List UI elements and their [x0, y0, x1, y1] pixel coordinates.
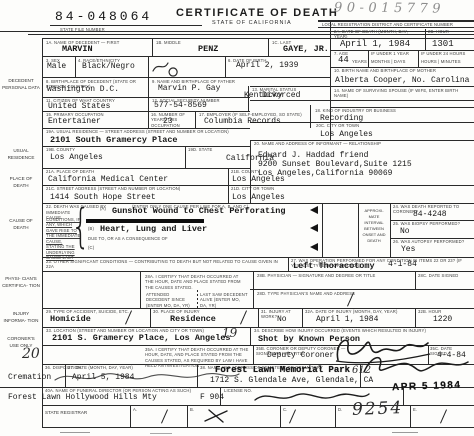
grid-line [140, 271, 141, 308]
grid-line [152, 38, 153, 56]
injury-how-label: 34. DESCRIBE HOW INJURY OCCURRED (EVENTS… [254, 328, 454, 333]
cause-c-tag: (C) [88, 245, 98, 250]
scan-artifact [392, 432, 418, 433]
death-county-value: Los Angeles [232, 176, 285, 184]
pen-x-mark [202, 408, 230, 424]
funeral-director-value: Forest Lawn Hollywood Hills Mty [8, 394, 157, 402]
grid-line [228, 168, 229, 203]
cause-b-tag: (B) [88, 226, 98, 231]
injury-location-value: 2101 S. Gramercy Place, Los Angeles [52, 334, 231, 343]
section-decedent-personal-data: DECEDENT PERSONAL DATA [2, 78, 40, 92]
other-conditions-label: 23. OTHER SIGNIFICANT CONDITIONS — CONTR… [46, 259, 281, 270]
section-place-of-death: PLACE OF DEATH [4, 176, 38, 190]
cause-due-to-label: DUE TO, OR AS A CONSEQUENCE OF [88, 236, 208, 241]
residence-street-value: 2101 South Gramercy Place [50, 136, 178, 145]
registrar-box-b-label: B. [190, 407, 200, 412]
name-middle-value: PENZ [198, 45, 218, 54]
certificate-title: CERTIFICATE OF DEATH [176, 7, 338, 19]
age-under-1-year-sub: MONTHS | DAYS [371, 59, 415, 64]
informant-line2: 9200 Sunset Boulevard,Suite 1215 [258, 161, 412, 169]
death-street-label: 21C. STREET ADDRESS (STREET AND NUMBER O… [46, 186, 216, 191]
physician-name-label: 28D. TYPE PHYSICIAN'S NAME AND ADDRESS [257, 291, 437, 296]
injury-hour-value: 1220 [433, 316, 452, 324]
name-first-value: MARVIN [62, 45, 93, 54]
spouse-label: 14. NAME OF SURVIVING SPOUSE (IF WIFE, E… [334, 88, 466, 99]
informant-label: 20. NAME AND ADDRESS OF INFORMANT — RELA… [254, 141, 454, 146]
autopsy-label: 26. WAS AUTOPSY PERFORMED? [393, 239, 471, 244]
handwritten-mark [150, 58, 184, 76]
operation-date-value: 4-1-84 [388, 261, 417, 269]
mother-value: Alberta Cooper, No. Carolina [335, 77, 469, 85]
grid-line [250, 289, 474, 290]
grid-line [187, 405, 188, 427]
scan-artifact [150, 433, 172, 434]
residence-street-label: 19A. USUAL RESIDENCE — STREET ADDRESS (S… [46, 129, 236, 134]
race-value: Black/Negro [82, 63, 135, 71]
industry-value: Recording [320, 115, 363, 123]
coroner-reported-value: 84-4248 [413, 211, 447, 219]
death-city-value: Los Angeles [232, 194, 285, 202]
handwritten-registration-number: 90-015779 [334, 0, 445, 16]
grid-line [250, 100, 474, 101]
grid-line [410, 405, 411, 427]
name-last-value: GAYE, JR. [283, 45, 329, 54]
grid-line [148, 56, 149, 128]
grid-line [258, 308, 259, 327]
grid-line [280, 405, 281, 427]
grid-line [42, 56, 330, 57]
marital-value: Divorced [262, 92, 300, 100]
grid-line [197, 290, 198, 308]
physician-date-label: 28C. DATE SIGNED [418, 273, 468, 278]
accident-type-value: Homicide [50, 315, 91, 324]
mother-label: 10. BIRTH NAME AND BIRTHPLACE OF MOTHER [334, 68, 464, 73]
grid-line [425, 29, 426, 50]
grid-line [318, 27, 474, 28]
handwritten-19: 19 [222, 326, 237, 340]
grid-line [418, 50, 419, 67]
death-city-label: 21D. CITY OR TOWN [231, 186, 291, 191]
registrar-box-d-label: D. [338, 407, 348, 412]
birthplace-value: Washington D.C. [47, 86, 119, 94]
age-under-24-hours-sub: HOURS | MINUTES [421, 59, 469, 64]
state-registrar-label: STATE REGISTRAR [45, 410, 125, 417]
cause-arrow-a [310, 206, 318, 214]
ssn-value: 577-54-8569 [154, 102, 207, 110]
death-hour-label: 2B. HOUR [428, 29, 468, 34]
death-street-value: 1414 South Hope Street [50, 194, 156, 202]
death-date-value: April 1, 1984 [340, 40, 410, 49]
grid-line [302, 308, 303, 327]
employer-value: Columbia Records [204, 118, 281, 126]
grid-line [42, 427, 474, 428]
grid-line [335, 405, 336, 427]
physician-certify-label: 28A. I CERTIFY THAT DEATH OCCURRED AT TH… [145, 274, 247, 290]
file-number-underline [50, 25, 202, 26]
grid-line [42, 77, 330, 78]
grid-line [250, 327, 251, 345]
grid-line [268, 38, 269, 56]
scan-artifact [60, 432, 90, 433]
residence-county-value: Los Angeles [50, 154, 103, 162]
cause-arrow-c [310, 243, 318, 251]
grid-line [195, 111, 196, 128]
biopsy-value: No [400, 228, 410, 236]
grid-line [415, 271, 416, 289]
disposition-value: Cremation [8, 374, 51, 382]
grid-line [185, 146, 186, 168]
name-first-label: 1A. NAME OF DECEDENT — FIRST [46, 40, 146, 45]
physician-attended-label: ATTENDED DECEDENT SINCE (ENTER MO, DA, Y… [146, 292, 194, 308]
industry-label: 18. KIND OF INDUSTRY OR BUSINESS [315, 108, 425, 113]
grid-line [150, 308, 151, 327]
handwritten-scrawl [52, 368, 242, 386]
grid-line [253, 345, 254, 364]
grid-line [225, 56, 226, 77]
death-county-label: 21B. COUNTY [231, 169, 291, 174]
age-under-1-year-label: IF UNDER 1 YEAR [371, 51, 415, 56]
biopsy-label: 25. WAS BIOPSY PERFORMED? [393, 221, 471, 226]
grid-line [253, 271, 254, 308]
section-injury-information: INJURY INFORMA- TION [2, 311, 40, 325]
informant-line1: Edward J. Haddad friend [258, 152, 368, 160]
occupation-value: Entertainer [48, 118, 101, 126]
years-occupation-value: 23 [163, 118, 173, 126]
section-cause-of-death: CAUSE OF DEATH [4, 218, 38, 232]
birth-date-value: April 2, 1939 [236, 62, 298, 70]
certificate-subtitle: STATE OF CALIFORNIA [212, 20, 292, 26]
date-received-stamp: APR 5 1984 [392, 380, 462, 393]
residence-county-label: 19B. COUNTY [46, 147, 106, 152]
state-file-number: 84-048064 [55, 9, 152, 24]
age-under-24-hours-label: IF UNDER 24 HOURS [421, 51, 469, 56]
injury-date-label: 32A. DATE OF INJURY (MONTH, DAY, YEAR) [305, 309, 410, 314]
funeral-license-value: F 904 [200, 394, 224, 402]
section-usual-residence: USUAL RESIDENCE [2, 148, 40, 162]
sex-value: Male [47, 63, 66, 71]
operation-value: Left Thoracotomy [293, 262, 375, 271]
place-of-death-label: 21A. PLACE OF DEATH [46, 169, 156, 174]
father-name-value: Marvin P. Gay [158, 85, 220, 93]
death-certificate-scan: 84-048064 STATE FILE NUMBER CERTIFICATE … [0, 0, 474, 436]
pen-slash-mark [440, 409, 447, 423]
grid-line [390, 203, 391, 257]
grid-line [358, 203, 359, 257]
autopsy-value: Yes [401, 246, 415, 254]
residence-city-value: Los Angeles [320, 131, 373, 139]
injury-date-value: April 1, 1984 [316, 316, 378, 324]
grid-line [75, 56, 76, 77]
grid-line [288, 257, 289, 271]
grid-line [310, 105, 311, 128]
injury-hour-label: 32B. HOUR [418, 309, 458, 314]
physician-last-saw-label: LAST SAW DECEDENT ALIVE (ENTER MO, DA, Y… [200, 292, 248, 308]
coroner-title-value: Deputy Coroner [267, 352, 334, 360]
handwritten-20: 20 [22, 346, 40, 362]
registrar-box-c-label: C. [283, 407, 293, 412]
pen-slash-mark [161, 409, 168, 423]
mortician-signature [360, 352, 472, 378]
death-hour-value: 1301 [432, 40, 454, 49]
residence-city-label: 20C. CITY OR TOWN [316, 123, 396, 128]
age-value: 44 [338, 56, 349, 65]
cause-arrow-b [310, 224, 318, 232]
physician-signature-label: 28B. PHYSICIAN — SIGNATURE AND DEGREE OR… [257, 273, 407, 278]
section-physicians-certification: PHYSI- CIAN'S CERTIFICA- TION [2, 276, 40, 290]
registrar-box-a-label: A. [133, 407, 143, 412]
cause-line-a-value: Gunshot Wound to Chest Perforating [112, 207, 285, 216]
grid-line [130, 405, 131, 427]
injury-at-work-value: No [277, 316, 287, 324]
cause-line-b-value: Heart, Lung and Liver [100, 225, 207, 234]
registrar-box-e-label: E. [413, 407, 423, 412]
grid-line [322, 203, 323, 257]
handwritten-9254: 9254 [352, 398, 404, 420]
citizen-value: United States [48, 103, 110, 111]
interval-label: APPROXI- MATE INTERVAL BETWEEN ONSET AND… [360, 208, 388, 244]
grid-line [415, 308, 416, 327]
residence-state-label: 19D. STATE [188, 147, 238, 152]
cause-a-tag: (A) [100, 206, 110, 211]
grid-line [42, 271, 474, 272]
redaction-bar [86, 219, 204, 223]
injury-place-value: Residence [170, 315, 216, 324]
place-of-death-value: California Medical Center [48, 176, 168, 184]
